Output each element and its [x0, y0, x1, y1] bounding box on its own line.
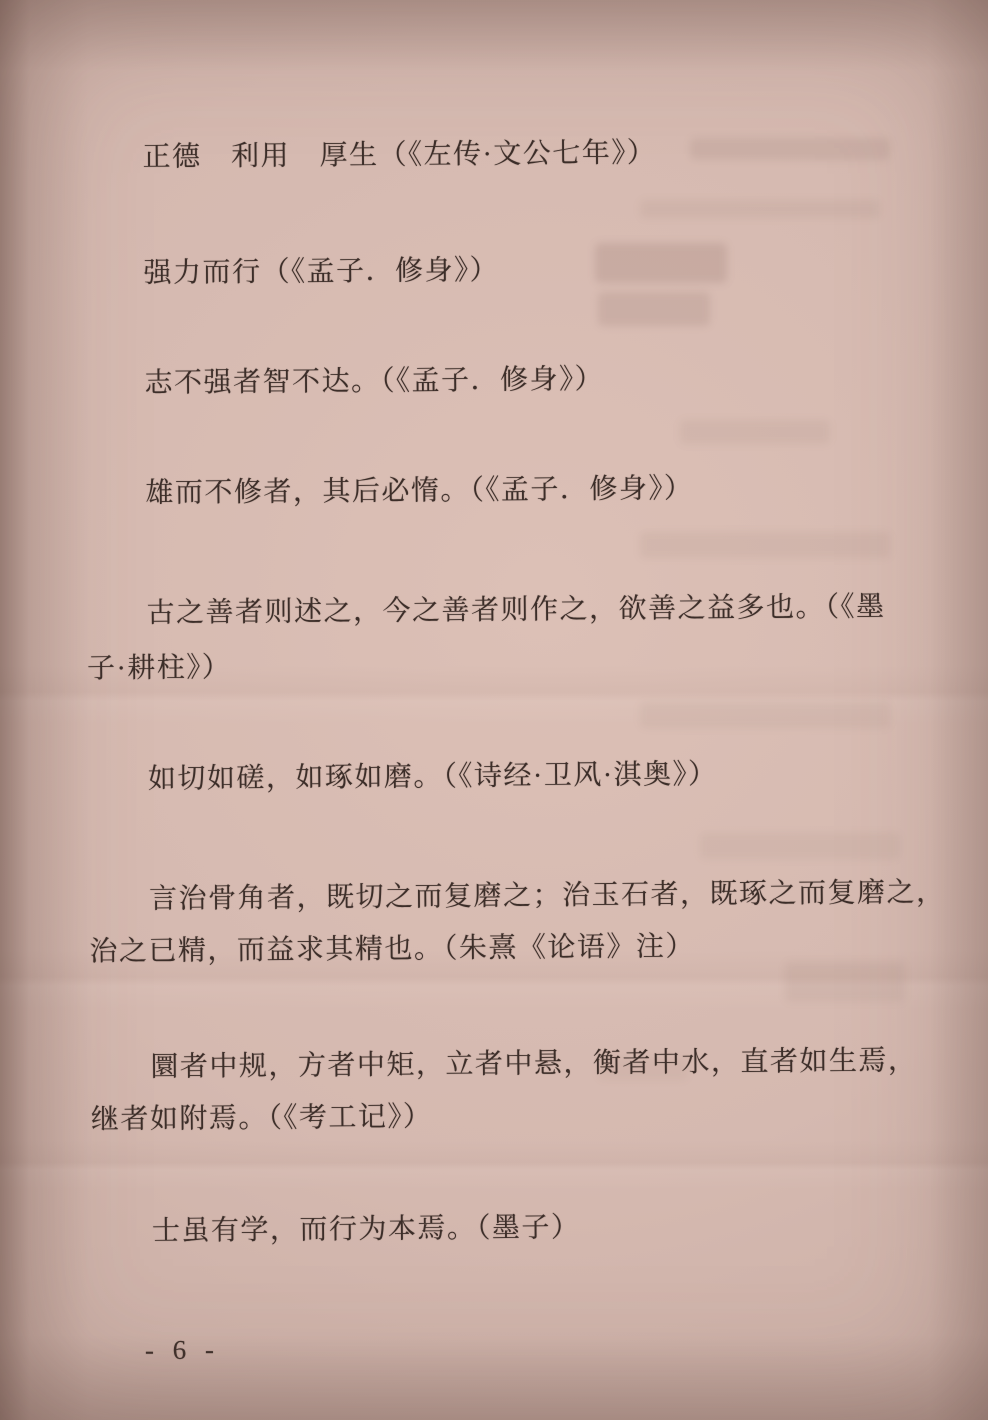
page-number: - 6 -	[145, 1334, 220, 1366]
quote-line-qiangli: 强力而行（《孟子．修身》）	[83, 244, 933, 291]
document-page: 正德 利用 厚生（《左传·文公七年》） 强力而行（《孟子．修身》） 志不强者智不…	[0, 0, 988, 1420]
quote-line-huanzhezhonggui-1: 圜者中规，方者中矩，立者中悬，衡者中水，直者如生焉，	[90, 1038, 940, 1085]
quote-line-huanzhezhonggui-2: 继者如附焉。（《考工记》）	[91, 1090, 941, 1137]
quote-line-zhengde: 正德 利用 厚生（《左传·文公七年》）	[82, 128, 932, 175]
quote-line-xiongerbuxiu: 雄而不修者，其后必惰。（《孟子．修身》）	[85, 464, 935, 511]
quote-line-guzhishanzhe-2: 子·耕柱》）	[87, 639, 937, 686]
quote-line-zhibuqiang: 志不强者智不达。（《孟子．修身》）	[84, 354, 934, 401]
quote-line-shisuiyouxue: 士虽有学，而行为本焉。（墨子）	[92, 1202, 942, 1249]
quote-line-ruqierucuo: 如切如磋，如琢如磨。（《诗经·卫风·淇奥》）	[88, 750, 938, 797]
quote-line-yanzhigujiao-1: 言治骨角者，既切之而复磨之；治玉石者，既琢之而复磨之，	[89, 870, 939, 917]
quote-line-guzhishanzhe-1: 古之善者则述之，今之善者则作之，欲善之益多也。（《墨	[86, 584, 936, 631]
quote-line-yanzhigujiao-2: 治之已精，而益求其精也。（朱熹《论语》注）	[89, 922, 939, 969]
